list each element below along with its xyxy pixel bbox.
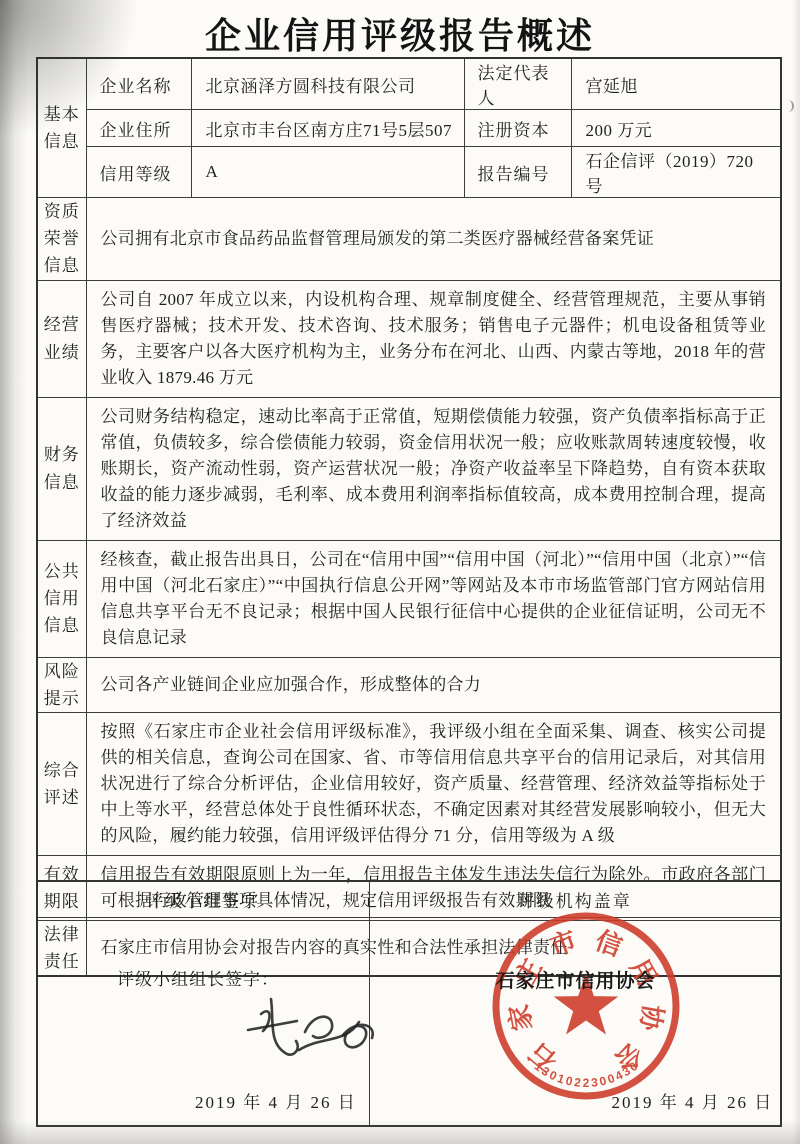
- signature-cell: 评级小组组长签字： 2019 年 4 月 26 日: [37, 918, 369, 1127]
- field-value-company-name: 北京涵泽方圆科技有限公司: [191, 58, 464, 110]
- field-value-capital: 200 万元: [571, 110, 781, 147]
- field-label-capital: 注册资本: [464, 110, 571, 147]
- scan-shadow-right: [792, 0, 800, 1144]
- group-basic-info: 基本信息: [37, 58, 86, 198]
- group-public-credit: 公共信用信息: [37, 540, 86, 657]
- group-qualification: 资质荣誉信息: [37, 198, 86, 281]
- field-label-company-name: 企业名称: [86, 58, 191, 110]
- seal-arc-char: 市: [546, 926, 580, 962]
- group-label: 风险提示: [43, 658, 81, 712]
- table-row: 企业住所 北京市丰台区南方庄71号5层507 注册资本 200 万元: [37, 110, 781, 147]
- group-label: 基本信息: [43, 101, 81, 155]
- seal-graphic: 石家庄市信用协会1301022300430: [486, 906, 686, 1106]
- scan-speck: [786, 100, 794, 112]
- field-label-credit-grade: 信用等级: [86, 147, 191, 198]
- field-value-report-no: 石企信评（2019）720 号: [571, 147, 781, 198]
- table-row: 信用等级 A 报告编号 石企信评（2019）720 号: [37, 147, 781, 198]
- group-label: 经营业绩: [43, 311, 81, 365]
- report-page: 企业信用评级报告概述 基本信息 企业名称 北京涵泽方圆科技有限公司 法定代表人 …: [0, 0, 800, 1144]
- official-seal: 石家庄市信用协会1301022300430: [486, 906, 686, 1106]
- table-row: 综合评述 按照《石家庄市企业社会信用评级标准》，我评级小组在全面采集、调查、核实…: [37, 712, 781, 855]
- signoff-table: 评级小组签字 评级机构盖章 评级小组组长签字： 2019 年 4 月 26 日: [36, 880, 782, 1127]
- section-text-qualification: 公司拥有北京市食品药品监督管理局颁发的第二类医疗器械经营备案凭证: [86, 198, 781, 281]
- group-risk: 风险提示: [37, 657, 86, 712]
- group-label: 综合评述: [43, 757, 81, 811]
- table-row: 风险提示 公司各产业链间企业应加强合作，形成整体的合力: [37, 657, 781, 712]
- table-row: 公共信用信息 经核查，截止报告出具日，公司在“信用中国”“信用中国（河北）”“信…: [37, 540, 781, 657]
- field-value-legal-rep: 宫延旭: [571, 58, 781, 110]
- page-title: 企业信用评级报告概述: [0, 8, 800, 59]
- signature-date: 2019 年 4 月 26 日: [195, 1088, 357, 1113]
- signoff-left-header: 评级小组签字: [37, 881, 369, 918]
- seal-arc-char: 协: [634, 1002, 667, 1034]
- group-label: 公共信用信息: [43, 558, 81, 640]
- seal-arc-char: 信: [591, 925, 626, 962]
- table-row: 经营业绩 公司自 2007 年成立以来，内设机构合理、规章制度健全、经营管理规范…: [37, 280, 781, 397]
- report-table: 基本信息 企业名称 北京涵泽方圆科技有限公司 法定代表人 宫延旭 企业住所 北京…: [36, 57, 782, 977]
- group-performance: 经营业绩: [37, 280, 86, 397]
- group-finance: 财务信息: [37, 397, 86, 540]
- section-text-performance: 公司自 2007 年成立以来，内设机构合理、规章制度健全、经营管理规范，主要从事…: [86, 280, 781, 397]
- seal-arc-char: 家: [504, 1002, 537, 1033]
- table-row: 资质荣誉信息 公司拥有北京市食品药品监督管理局颁发的第二类医疗器械经营备案凭证: [37, 198, 781, 281]
- field-value-address: 北京市丰台区南方庄71号5层507: [191, 110, 464, 147]
- table-row: 基本信息 企业名称 北京涵泽方圆科技有限公司 法定代表人 宫延旭: [37, 58, 781, 110]
- field-label-legal-rep: 法定代表人: [464, 58, 571, 110]
- section-text-public-credit: 经核查，截止报告出具日，公司在“信用中国”“信用中国（河北）”“信用中国（北京）…: [86, 540, 781, 657]
- stamp-cell: 石家庄市信用协会1301022300430 石家庄市信用协会 2019 年 4 …: [369, 918, 781, 1127]
- seal-number-char: 2: [582, 1076, 589, 1090]
- section-text-summary: 按照《石家庄市企业社会信用评级标准》，我评级小组在全面采集、调查、核实公司提供的…: [86, 712, 781, 855]
- group-label: 资质荣誉信息: [43, 198, 81, 280]
- field-label-address: 企业住所: [86, 110, 191, 147]
- leader-signature-label: 评级小组组长签字：: [117, 965, 279, 990]
- field-label-report-no: 报告编号: [464, 147, 571, 198]
- table-row: 财务信息 公司财务结构稳定，速动比率高于正常值，短期偿债能力较强，资产负债率指标…: [37, 397, 781, 540]
- group-summary: 综合评述: [37, 712, 86, 855]
- seal-number-char: 2: [573, 1075, 581, 1090]
- table-row: 评级小组组长签字： 2019 年 4 月 26 日 石家庄市信用协会1301: [37, 918, 781, 1127]
- group-label: 财务信息: [43, 441, 81, 495]
- section-text-risk: 公司各产业链间企业应加强合作，形成整体的合力: [86, 657, 781, 712]
- field-value-credit-grade: A: [191, 147, 464, 198]
- agency-name: 石家庄市信用协会: [496, 966, 686, 993]
- section-text-finance: 公司财务结构稳定，速动比率高于正常值，短期偿债能力较强，资产负债率指标高于正常值…: [86, 397, 781, 540]
- scan-shadow-left: [0, 0, 28, 1144]
